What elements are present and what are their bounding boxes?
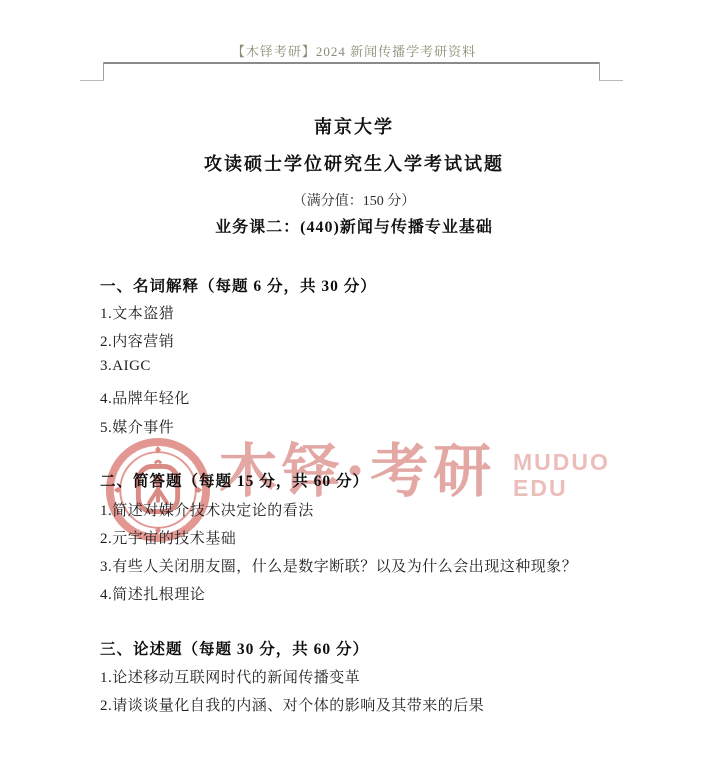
section-3-item-1: 1.论述移动互联网时代的新闻传播变革 [100,666,360,687]
section-2-item-2: 2.元宇宙的技术基础 [100,527,236,548]
document-content: 南京大学 攻读硕士学位研究生入学考试试题 （满分值：150 分） 业务课二：(4… [0,0,708,777]
section-3-heading: 三、论述题（每题 30 分，共 60 分） [100,637,369,659]
exam-title: 攻读硕士学位研究生入学考试试题 [100,150,608,176]
section-2-item-1: 1.简述对媒介技术决定论的看法 [100,499,314,520]
course-title: 业务课二：(440)新闻与传播专业基础 [100,214,608,237]
section-1-item-2: 2.内容营销 [100,330,174,351]
section-1-heading: 一、名词解释（每题 6 分，共 30 分） [100,274,377,296]
university-title: 南京大学 [100,113,608,139]
section-1-item-4: 4.品牌年轻化 [100,387,190,408]
section-3-item-2: 2.请谈谈量化自我的内涵、对个体的影响及其带来的后果 [100,694,484,715]
score-note: （满分值：150 分） [100,190,608,210]
section-2-heading: 二、简答题（每题 15 分，共 60 分） [100,469,369,491]
section-1-item-3: 3.AIGC [100,358,151,375]
section-2-item-3: 3.有些人关闭朋友圈，什么是数字断联？以及为什么会出现这种现象？ [100,555,577,576]
section-1-item-5: 5.媒介事件 [100,416,174,437]
document-page: 木铎·考研 MUDUO EDU 【木铎考研】2024 新闻传播学考研资料 南京大… [0,0,708,777]
section-2-item-4: 4.简述扎根理论 [100,583,205,604]
section-1-item-1: 1.文本盗猎 [100,302,174,323]
